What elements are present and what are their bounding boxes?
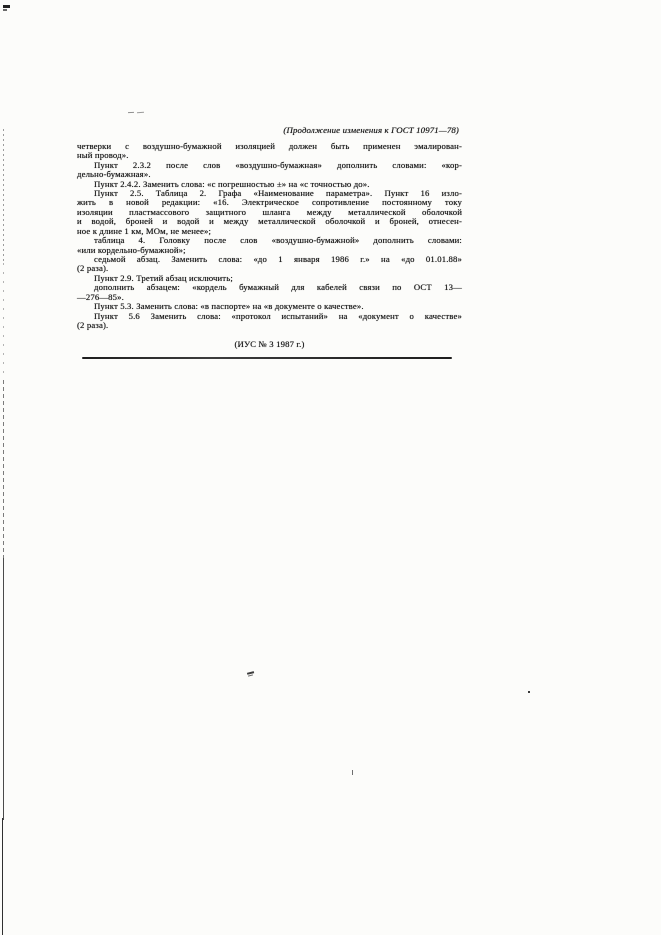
scan-artifact-binding-edge (3, 129, 4, 261)
footer-rule (82, 357, 452, 359)
scan-artifact-scribble (248, 674, 253, 676)
document-page: (Продолжение изменения к ГОСТ 10971—78) … (0, 0, 661, 935)
continuation-note: (Продолжение изменения к ГОСТ 10971—78) (77, 126, 462, 135)
scan-artifact-dash (128, 112, 134, 114)
document-body: четверки с воздушно-бумажной изоляцией д… (77, 142, 462, 330)
text-line: Пункт 5.6 Заменить слова: «протокол испы… (77, 312, 462, 321)
scan-artifact-binding-edge (3, 558, 4, 820)
scan-artifact-speck (352, 770, 353, 775)
scan-artifact-binding-edge (2, 818, 4, 935)
issue-note: (ИУС № 3 1987 г.) (77, 340, 462, 349)
scan-artifact-dash (137, 112, 144, 114)
text-block: (Продолжение изменения к ГОСТ 10971—78) … (77, 126, 462, 359)
text-line: (2 раза). (77, 321, 462, 330)
text-line: четверки с воздушно-бумажной изоляцией д… (77, 142, 462, 151)
scan-artifact-smudge (3, 9, 7, 11)
scan-artifact-binding-edge (3, 263, 4, 377)
text-line: седьмой абзац. Заменить слова: «до 1 янв… (77, 255, 462, 264)
scan-artifact-speck (528, 691, 530, 693)
scan-artifact-smudge (3, 5, 10, 8)
scan-artifact-binding-edge (3, 380, 4, 560)
text-line: дополнить абзацем: «кордель бумажный для… (77, 283, 462, 292)
